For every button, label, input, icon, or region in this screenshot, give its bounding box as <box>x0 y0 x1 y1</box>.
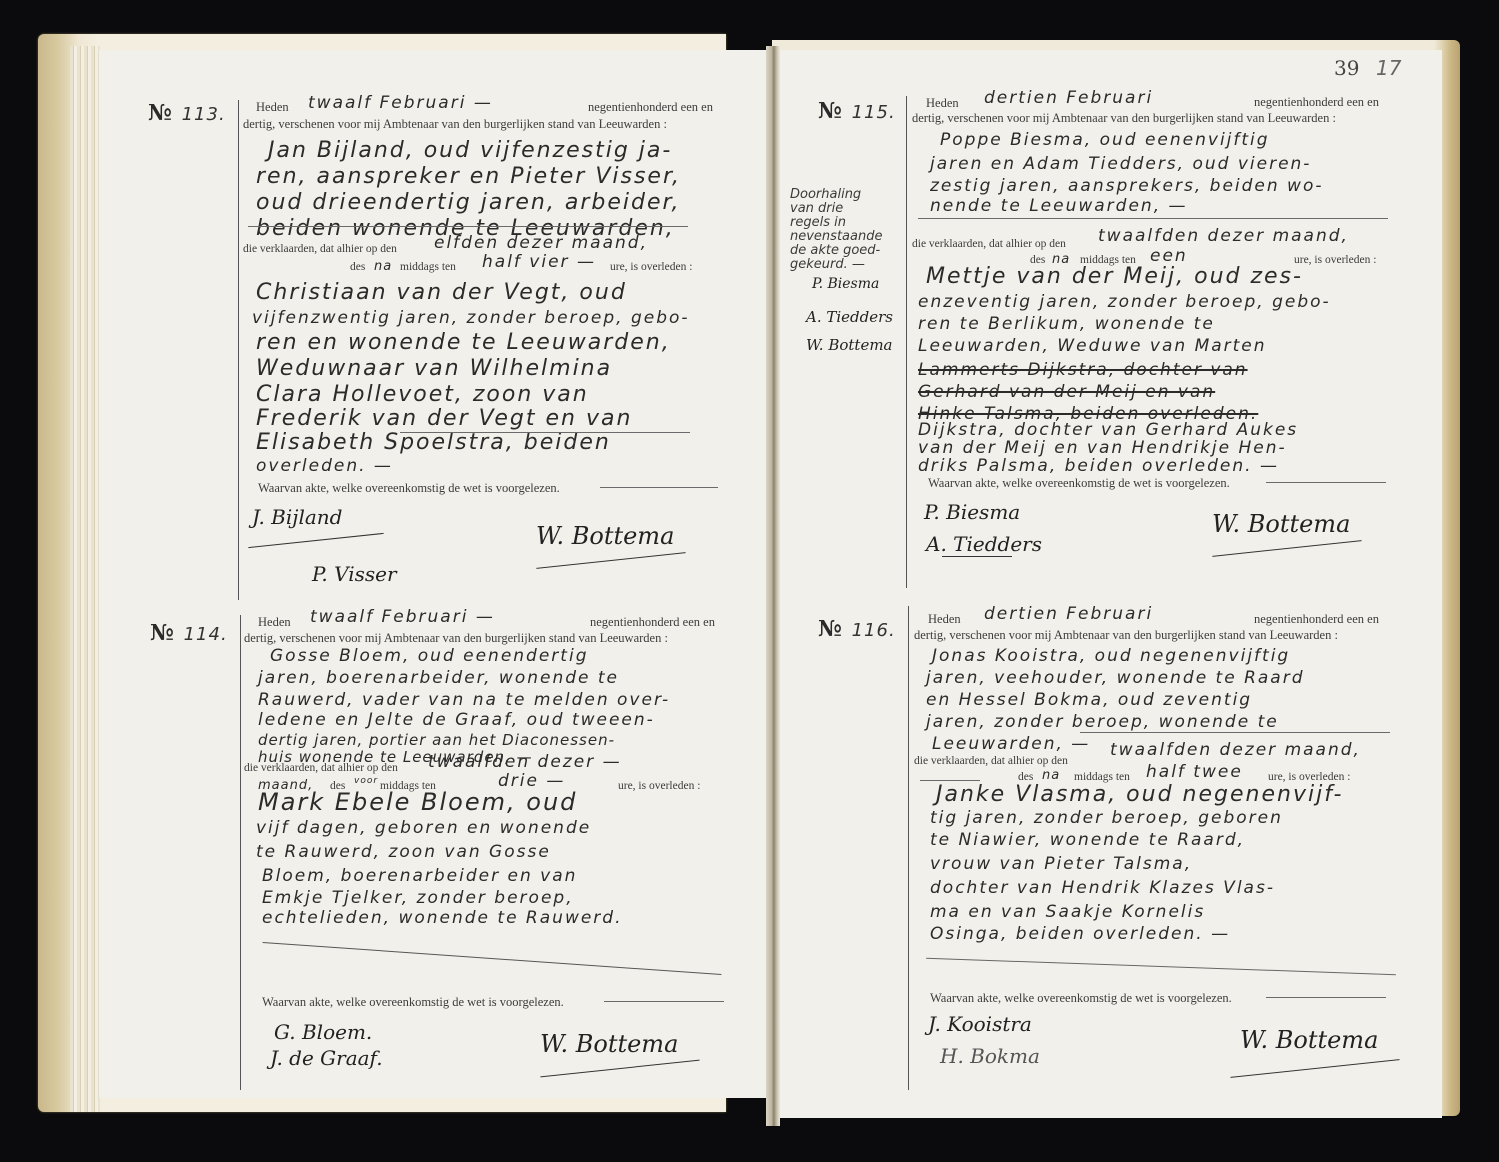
entry-number: № 115. <box>818 98 896 124</box>
death-time: half vier — <box>482 252 596 272</box>
label-heden: Heden <box>258 615 291 630</box>
deceased-line: dochter van Hendrik Klazes Vlas- <box>930 878 1275 898</box>
deceased-line: Dijkstra, dochter van Gerhard Aukes <box>918 420 1298 440</box>
label-appeared: dertig, verschenen voor mij Ambtenaar va… <box>912 111 1336 126</box>
label-declared: die verklaarden, dat alhier op den <box>912 238 1066 250</box>
label-heden: Heden <box>256 100 289 115</box>
rule <box>400 432 690 433</box>
label-year: negentienhonderd een en <box>1254 612 1379 627</box>
deceased-line: Elisabeth Spoelstra, beiden <box>256 430 611 455</box>
deceased-line: Bloem, boerenarbeider en van <box>262 866 577 886</box>
deceased-line: overleden. — <box>256 456 393 476</box>
signature-declarant-2: H. Bokma <box>940 1044 1040 1068</box>
voor-na: voor <box>354 776 378 786</box>
deceased-line: driks Palsma, beiden overleden. — <box>918 456 1279 476</box>
declarant-line: oud drieendertig jaren, arbeider, <box>256 190 681 215</box>
stamped-page-number: 39 <box>1334 56 1359 80</box>
label-des: des <box>350 261 365 273</box>
death-date: elfden dezer maand, <box>434 233 648 253</box>
label-declared: die verklaarden, dat alhier op den <box>244 762 398 774</box>
entry-divider <box>906 96 907 588</box>
deceased-line: enzeventig jaren, zonder beroep, gebo- <box>918 292 1331 312</box>
deceased-line: vrouw van Pieter Talsma, <box>930 854 1192 874</box>
margin-signature: A. Tiedders <box>806 308 893 326</box>
declarant-line: Poppe Biesma, oud eenenvijftig <box>940 130 1270 150</box>
closing-text: Waarvan akte, welke overeenkomstig de we… <box>928 476 1230 491</box>
closing-text: Waarvan akte, welke overeenkomstig de we… <box>262 995 564 1010</box>
entry-number: № 116. <box>818 616 896 642</box>
label-appeared: dertig, verschenen voor mij Ambtenaar va… <box>244 631 668 646</box>
declarant-line: ren, aanspreker en Pieter Visser, <box>256 164 681 189</box>
closing-text: Waarvan akte, welke overeenkomstig de we… <box>930 991 1232 1006</box>
declarant-line: Gosse Bloem, oud eenendertig <box>270 646 588 666</box>
deceased-line: echtelieden, wonende te Rauwerd. <box>262 908 623 928</box>
rule <box>918 218 1388 219</box>
label-ure: ure, is overleden : <box>618 780 700 792</box>
deceased-line: vijf dagen, geboren en wonende <box>256 818 591 838</box>
declarant-line: jaren, zonder beroep, wonende te <box>926 712 1279 732</box>
declarant-line: zestig jaren, aansprekers, beiden wo- <box>930 176 1324 196</box>
label-middags: middags ten <box>400 261 456 273</box>
declarant-line: jaren, veehouder, wonende te Raard <box>926 668 1305 688</box>
label-heden: Heden <box>926 96 959 111</box>
signature-declarant-1: P. Biesma <box>924 500 1020 524</box>
signature-declarant-1: G. Bloem. <box>274 1020 372 1044</box>
deceased-line: vijfenzwentig jaren, zonder beroep, gebo… <box>252 308 690 328</box>
deceased-line: van der Meij en van Hendrikje Hen- <box>918 438 1287 458</box>
deceased-line: ren te Berlikum, wonende te <box>918 314 1215 334</box>
entry-divider <box>908 606 909 1090</box>
rule <box>942 556 1012 557</box>
declarant-line: ledene en Jelte de Graaf, oud tweeen- <box>258 710 655 730</box>
label-year: negentienhonderd een en <box>588 100 713 115</box>
deceased-line: te Niawier, wonende te Raard, <box>930 830 1245 850</box>
margin-signature: W. Bottema <box>806 336 892 354</box>
rule <box>1080 732 1390 733</box>
declarant-line: Jan Bijland, oud vijfenzestig ja- <box>268 138 672 163</box>
declarant-line: Jonas Kooistra, oud negenenvijftig <box>932 646 1290 666</box>
signature-declarant-2: A. Tiedders <box>926 532 1042 556</box>
deceased-line: ren en wonende te Leeuwarden, <box>256 330 671 355</box>
rule <box>248 226 688 227</box>
deceased-line: Mark Ebele Bloem, oud <box>258 788 577 816</box>
signature-declarant-1: J. Kooistra <box>928 1012 1032 1036</box>
entry-number: № 114. <box>150 620 228 646</box>
deceased-line: Janke Vlasma, oud negenenvijf- <box>936 782 1344 807</box>
declarant-line: jaren, boerenarbeider, wonende te <box>258 668 619 688</box>
entry-number: № 113. <box>148 100 226 126</box>
signature-registrar: W. Bottema <box>540 1030 678 1058</box>
voor-na: na <box>374 259 392 274</box>
rule <box>920 780 980 781</box>
label-year: negentienhonderd een en <box>590 615 715 630</box>
rule <box>604 1001 724 1002</box>
deceased-line: Leeuwarden, Weduwe van Marten <box>918 336 1267 356</box>
closing-text: Waarvan akte, welke overeenkomstig de we… <box>258 481 560 496</box>
death-time: een <box>1150 246 1188 266</box>
declarant-line: nende te Leeuwarden, — <box>930 196 1188 216</box>
registration-date: dertien Februari <box>984 88 1153 108</box>
declarant-line: en Hessel Bokma, oud zeventig <box>926 690 1252 710</box>
struck-line: Gerhard van der Meij en van <box>918 382 1215 402</box>
signature-registrar: W. Bottema <box>536 522 674 550</box>
declarant-line: Leeuwarden, — <box>932 734 1090 754</box>
signature-declarant-2: P. Visser <box>312 562 397 586</box>
page-edges-left <box>70 46 100 1112</box>
signature-registrar: W. Bottema <box>1240 1026 1378 1054</box>
label-declared: die verklaarden, dat alhier op den <box>243 243 397 255</box>
entry-divider <box>240 615 241 1090</box>
deceased-line: ma en van Saakje Kornelis <box>930 902 1205 922</box>
voor-na: na <box>1042 768 1060 783</box>
book-gutter <box>766 46 780 1126</box>
signature-registrar: W. Bottema <box>1212 510 1350 538</box>
handwritten-page-number: 17 <box>1376 56 1401 80</box>
registration-date: dertien Februari <box>984 604 1153 624</box>
registration-date: twaalf Februari — <box>308 93 493 113</box>
label-heden: Heden <box>928 612 961 627</box>
label-appeared: dertig, verschenen voor mij Ambtenaar va… <box>243 117 667 132</box>
deceased-line: te Rauwerd, zoon van Gosse <box>256 842 551 862</box>
margin-note-correction: Doorhaling van drie regels in nevenstaan… <box>790 188 882 272</box>
struck-line: Lammerts Dijkstra, dochter van <box>918 360 1248 380</box>
deceased-line: Frederik van der Vegt en van <box>256 406 632 431</box>
deceased-line: Weduwnaar van Wilhelmina <box>256 356 612 381</box>
deceased-line: Emkje Tjelker, zonder beroep, <box>262 888 574 908</box>
deceased-line: Mettje van der Meij, oud zes- <box>926 264 1303 289</box>
death-time: half twee <box>1146 762 1243 782</box>
rule <box>1266 997 1386 998</box>
declarant-line: dertig jaren, portier aan het Diaconesse… <box>258 731 615 749</box>
deceased-line: tig jaren, zonder beroep, geboren <box>930 808 1283 828</box>
deceased-line: Christiaan van der Vegt, oud <box>256 280 627 305</box>
signature-declarant-2: J. de Graaf. <box>270 1046 383 1070</box>
death-date: twaalfden dezer — <box>428 752 622 772</box>
rule <box>1266 482 1386 483</box>
label-year: negentienhonderd een en <box>1254 95 1379 110</box>
margin-signature: P. Biesma <box>812 276 879 292</box>
declarant-line: jaren en Adam Tiedders, oud vieren- <box>930 154 1311 174</box>
label-declared: die verklaarden, dat alhier op den <box>914 755 1068 767</box>
label-appeared: dertig, verschenen voor mij Ambtenaar va… <box>914 628 1338 643</box>
label-ure: ure, is overleden : <box>1294 254 1376 266</box>
deceased-line: Osinga, beiden overleden. — <box>930 924 1230 944</box>
death-date: twaalfden dezer maand, <box>1098 226 1349 246</box>
label-ure: ure, is overleden : <box>610 261 692 273</box>
death-date: twaalfden dezer maand, <box>1110 740 1361 760</box>
deceased-line: Clara Hollevoet, zoon van <box>256 382 589 407</box>
registration-date: twaalf Februari — <box>310 607 495 627</box>
signature-declarant-1: J. Bijland <box>252 505 342 529</box>
entry-divider <box>238 100 239 600</box>
declarant-line: Rauwerd, vader van na te melden over- <box>258 690 670 710</box>
rule <box>600 487 718 488</box>
